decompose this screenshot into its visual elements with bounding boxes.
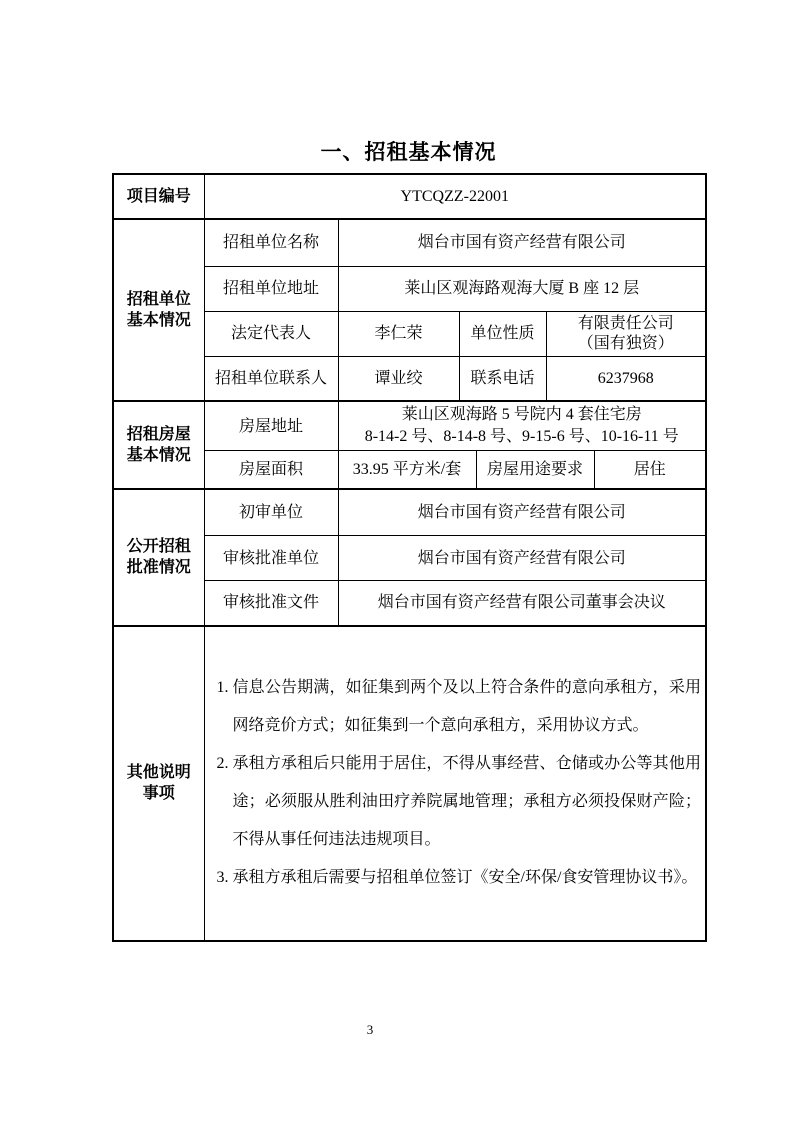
legal-rep-value: 李仁荣 — [338, 311, 459, 356]
contact-phone-value: 6237968 — [546, 356, 706, 401]
project-number-value: YTCQZZ-22001 — [204, 174, 706, 219]
note-item-2: 承租方承租后只能用于居住，不得从事经营、仓储或办公等其他用途；必须服从胜利油田疗… — [233, 745, 702, 859]
notes-list: 信息公告期满，如征集到两个及以上符合条件的意向承租方，采用网络竞价方式；如征集到… — [209, 669, 702, 897]
landlord-name-label: 招租单位名称 — [204, 219, 338, 266]
property-address-value: 莱山区观海路 5 号院内 4 套住宅房 8-14-2 号、8-14-8 号、9-… — [338, 401, 706, 451]
landlord-contact-label: 招租单位联系人 — [204, 356, 338, 401]
property-usage-label: 房屋用途要求 — [476, 451, 594, 489]
row-landlord-name: 招租单位 基本情况 招租单位名称 烟台市国有资产经营有限公司 — [113, 219, 706, 266]
legal-rep-label: 法定代表人 — [204, 311, 338, 356]
property-area-value: 33.95 平方米/套 — [338, 451, 476, 489]
page-number: 3 — [0, 1022, 740, 1038]
approval-document-label: 审核批准文件 — [204, 581, 338, 626]
page-title: 一、招租基本情况 — [112, 136, 705, 166]
rental-info-table: 项目编号 YTCQZZ-22001 招租单位 基本情况 招租单位名称 烟台市国有… — [112, 173, 707, 942]
landlord-address-label: 招租单位地址 — [204, 266, 338, 311]
landlord-contact-value: 谭业绞 — [338, 356, 459, 401]
property-area-label: 房屋面积 — [204, 451, 338, 489]
initial-review-value: 烟台市国有资产经营有限公司 — [338, 489, 706, 536]
entity-type-value: 有限责任公司 （国有独资） — [546, 311, 706, 356]
row-notes: 其他说明 事项 信息公告期满，如征集到两个及以上符合条件的意向承租方，采用网络竞… — [113, 626, 706, 941]
landlord-section-header: 招租单位 基本情况 — [113, 219, 204, 401]
row-property-address: 招租房屋 基本情况 房屋地址 莱山区观海路 5 号院内 4 套住宅房 8-14-… — [113, 401, 706, 451]
initial-review-label: 初审单位 — [204, 489, 338, 536]
note-item-3: 承租方承租后需要与招租单位签订《安全/环保/食安管理协议书》。 — [233, 859, 702, 897]
project-number-label: 项目编号 — [113, 174, 204, 219]
notes-content: 信息公告期满，如征集到两个及以上符合条件的意向承租方，采用网络竞价方式；如征集到… — [204, 626, 706, 941]
notes-section-header: 其他说明 事项 — [113, 626, 204, 941]
entity-type-label: 单位性质 — [459, 311, 546, 356]
approval-unit-label: 审核批准单位 — [204, 536, 338, 581]
property-section-header: 招租房屋 基本情况 — [113, 401, 204, 489]
approval-section-header: 公开招租 批准情况 — [113, 489, 204, 626]
row-initial-review: 公开招租 批准情况 初审单位 烟台市国有资产经营有限公司 — [113, 489, 706, 536]
contact-phone-label: 联系电话 — [459, 356, 546, 401]
row-project-number: 项目编号 YTCQZZ-22001 — [113, 174, 706, 219]
approval-document-value: 烟台市国有资产经营有限公司董事会决议 — [338, 581, 706, 626]
landlord-address-value: 莱山区观海路观海大厦 B 座 12 层 — [338, 266, 706, 311]
property-address-label: 房屋地址 — [204, 401, 338, 451]
note-item-1: 信息公告期满，如征集到两个及以上符合条件的意向承租方，采用网络竞价方式；如征集到… — [233, 669, 702, 745]
document-page: 一、招租基本情况 项目编号 YTCQZZ-22001 招租单位 基本情况 招租单… — [0, 0, 793, 1122]
property-usage-value: 居住 — [594, 451, 706, 489]
approval-unit-value: 烟台市国有资产经营有限公司 — [338, 536, 706, 581]
landlord-name-value: 烟台市国有资产经营有限公司 — [338, 219, 706, 266]
